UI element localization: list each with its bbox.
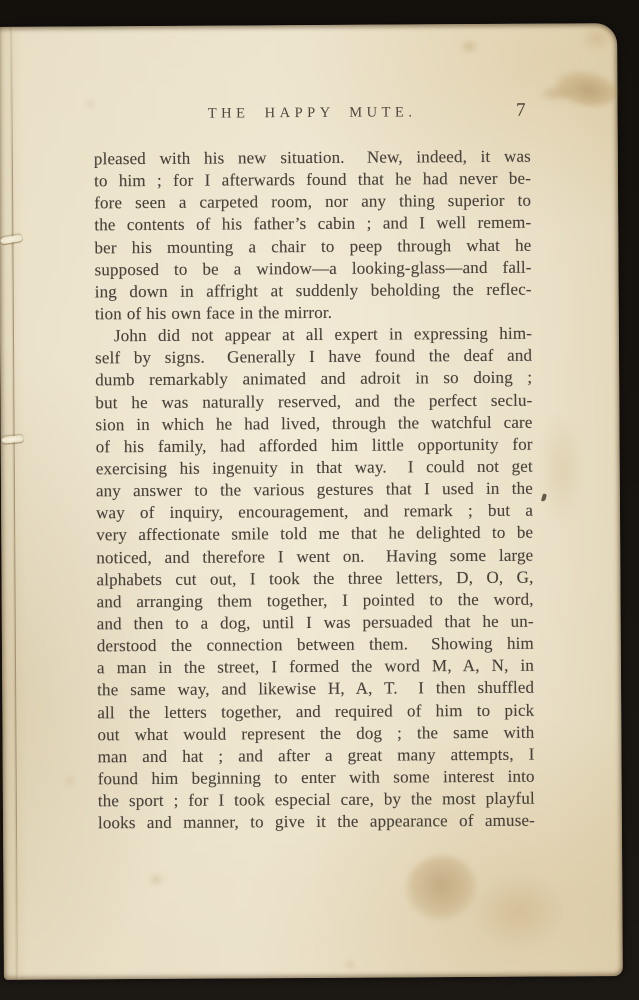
text-line: and then to a dog, until I was persuaded… [97, 611, 534, 636]
running-title: THE HAPPY MUTE. [94, 104, 531, 124]
text-line: man and hat ; and after a great many att… [97, 743, 534, 768]
text-line: and arranging them together, I pointed t… [97, 588, 534, 613]
text-line: to him ; for I afterwards found that he … [94, 168, 531, 193]
foxing-stain [473, 873, 565, 948]
text-line: self by signs. Generally I have found th… [95, 345, 532, 370]
page-number: 7 [516, 100, 526, 122]
text-line: of his family, had afforded him little o… [96, 433, 533, 458]
book-page: THE HAPPY MUTE. 7 pleased with his new s… [0, 23, 623, 980]
binding-stitch [0, 234, 23, 244]
text-line: dumb remarkably animated and adroit in s… [95, 367, 532, 392]
foxing-stain [401, 851, 482, 925]
text-line: supposed to be a window—a looking-glass—… [95, 256, 532, 281]
text-line: tion of his own face in the mirror. [95, 301, 532, 326]
text-line: noticed, and therefore I went on. Having… [96, 544, 533, 569]
text-line: found him beginning to enter with some i… [98, 766, 535, 791]
text-line: the same way, and likewise H, A, T. I th… [97, 677, 534, 702]
scanned-book-photo: THE HAPPY MUTE. 7 pleased with his new s… [0, 0, 639, 1000]
text-line: the sport ; for I took especial care, by… [98, 788, 535, 813]
foxing-stain [346, 961, 355, 969]
text-line: sion in which he had lived, through the … [95, 411, 532, 436]
foxing-stain [65, 776, 75, 785]
text-line: ing down in affright at suddenly beholdi… [95, 278, 532, 303]
text-line: but he was naturally reserved, and the p… [95, 389, 532, 414]
text-line: ber his mounting a chair to peep through… [94, 234, 531, 259]
page-header: THE HAPPY MUTE. 7 [94, 104, 531, 131]
text-line: out what would represent the dog ; the s… [97, 721, 534, 746]
text-line: very affectionate smile told me that he … [96, 522, 533, 547]
text-line: fore seen a carpeted room, nor any thing… [94, 190, 531, 215]
text-line: any answer to the various gestures that … [96, 478, 533, 503]
binding-stitch [1, 435, 24, 444]
text-line: all the letters together, and required o… [97, 699, 534, 724]
page-body-text: pleased with his new situation. New, ind… [94, 146, 535, 835]
gutter-fold-line [11, 27, 18, 980]
text-line: derstood the connection between them. Sh… [97, 633, 534, 658]
text-line: John did not appear at all expert in exp… [95, 323, 532, 348]
text-line: pleased with his new situation. New, ind… [94, 146, 531, 171]
text-line: alphabets cut out, I took the three lett… [96, 566, 533, 591]
foxing-stain [149, 874, 163, 885]
text-line: a man in the street, I formed the word M… [97, 655, 534, 680]
foxing-stain [87, 100, 95, 107]
foxing-stain [580, 25, 614, 51]
text-line: the contents of his father’s cabin ; and… [94, 212, 531, 237]
foxing-stain [538, 413, 585, 523]
text-line: way of inquiry, encouragement, and remar… [96, 500, 533, 525]
text-line: exercising his ingenuity in that way. I … [96, 456, 533, 481]
text-line: looks and manner, to give it the appeara… [98, 810, 535, 835]
foxing-stain [538, 85, 572, 101]
foxing-stain [460, 40, 478, 53]
